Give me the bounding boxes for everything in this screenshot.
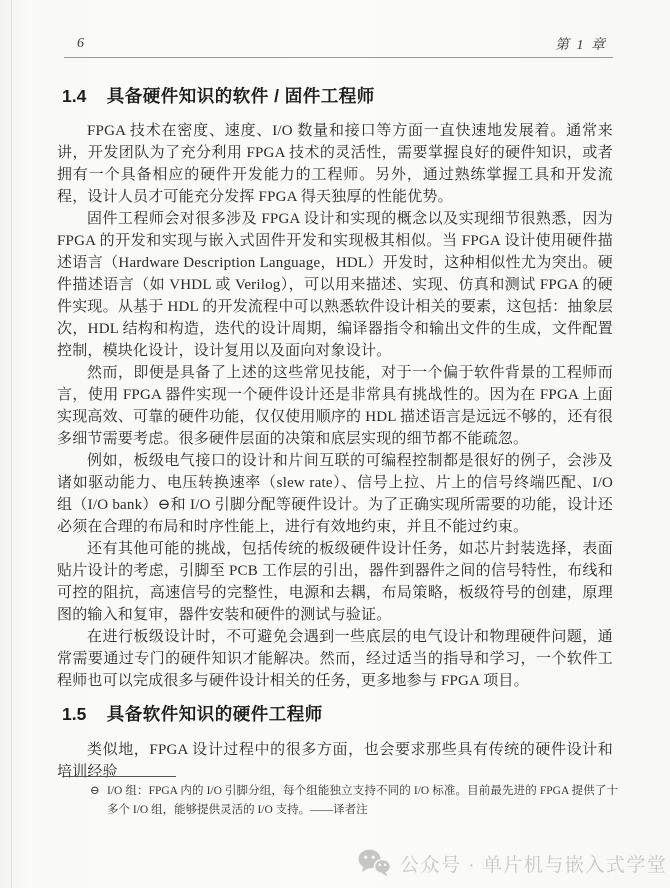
footnote-separator	[62, 776, 176, 777]
header-rule	[64, 57, 613, 58]
footnote: ⊖ I/O 组：FPGA 内的 I/O 引脚分组，每个组能独立支持不同的 I/O…	[90, 782, 618, 820]
section-number: 1.5	[62, 704, 86, 724]
paragraph: 在进行板级设计时，不可避免会遇到一些底层的电气设计和物理硬件问题，通常需要通过专…	[57, 626, 613, 692]
scan-edge-line	[11, 0, 12, 888]
footnote-marker: ⊖	[90, 782, 100, 801]
section-1-4-body: FPGA 技术在密度、速度、I/O 数量和接口等方面一直快速地发展着。通常来讲，…	[57, 120, 613, 692]
paragraph: 然而，即便是具备了上述的这些常见技能，对于一个偏于软件背景的工程师而言，使用 F…	[57, 362, 613, 450]
paragraph: 固件工程师会对很多涉及 FPGA 设计和实现的概念以及实现细节很熟悉，因为 FP…	[57, 208, 613, 362]
section-title: 具备软件知识的硬件工程师	[107, 704, 323, 724]
paragraph: 例如，板级电气接口的设计和片间互联的可编程控制都是很好的例子，会涉及诸如驱动能力…	[57, 450, 613, 538]
wechat-icon	[358, 849, 391, 877]
paragraph: FPGA 技术在密度、速度、I/O 数量和接口等方面一直快速地发展着。通常来讲，…	[57, 120, 613, 208]
section-title: 具备硬件知识的软件 / 固件工程师	[107, 86, 375, 106]
book-page: 6 第 1 章 1.4 具备硬件知识的软件 / 固件工程师 FPGA 技术在密度…	[0, 0, 670, 888]
paragraph: 还有其他可能的挑战，包括传统的板级硬件设计任务，如芯片封装选择，表面贴片设计的考…	[57, 538, 613, 626]
page-number: 6	[77, 36, 84, 52]
running-header: 6 第 1 章	[65, 34, 613, 54]
footnote-text: I/O 组：FPGA 内的 I/O 引脚分组，每个组能独立支持不同的 I/O 标…	[107, 785, 618, 816]
watermark-text: 公众号 · 单片机与嵌入式学堂	[400, 850, 667, 877]
section-heading-1-5: 1.5 具备软件知识的硬件工程师	[62, 701, 323, 726]
watermark: 公众号 · 单片机与嵌入式学堂	[358, 848, 667, 878]
chapter-label: 第 1 章	[555, 34, 607, 54]
section-heading-1-4: 1.4 具备硬件知识的软件 / 固件工程师	[62, 83, 375, 108]
section-number: 1.4	[62, 86, 86, 106]
